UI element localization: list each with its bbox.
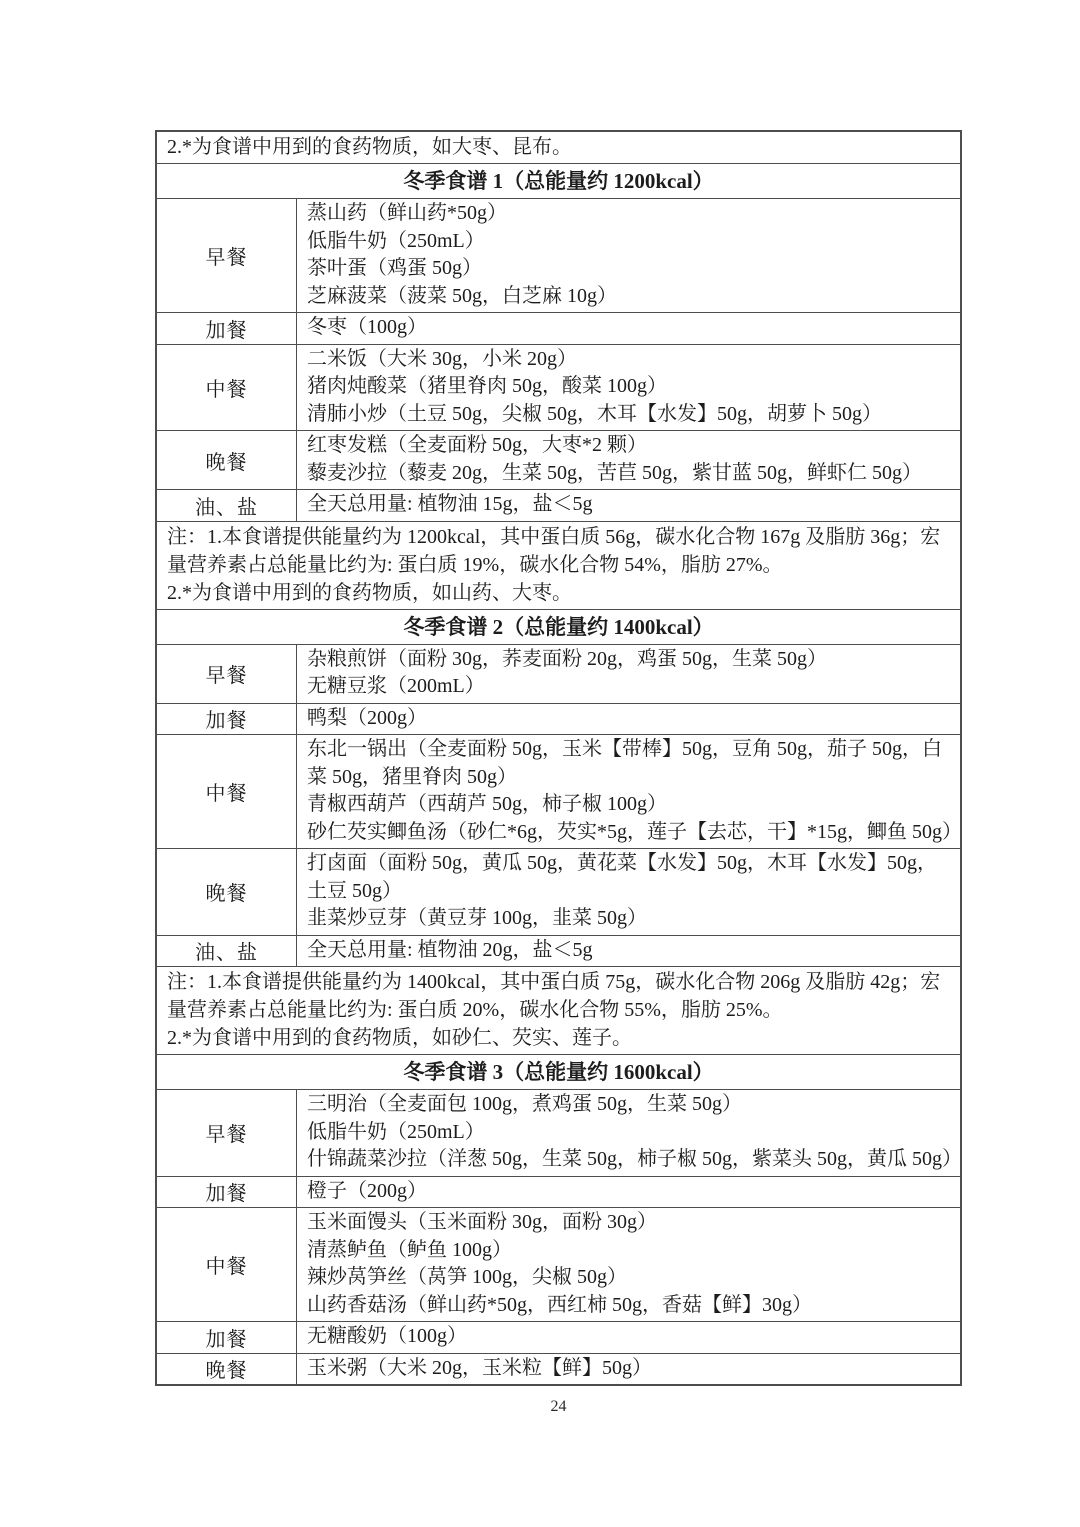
recipe-1-title-row: 冬季食谱 1（总能量约 1200kcal） (157, 163, 960, 198)
recipe-2-dinner-row: 晚餐 打卤面（面粉 50g，黄瓜 50g，黄花菜【水发】50g，木耳【水发】50… (157, 848, 960, 935)
dish-item: 辣炒莴笋丝（莴笋 100g，尖椒 50g） (307, 1264, 952, 1292)
recipe-table: 2.*为食谱中用到的食药物质，如大枣、昆布。 冬季食谱 1（总能量约 1200k… (155, 130, 962, 1386)
dish-item: 蒸山药（鲜山药*50g） (307, 200, 952, 228)
meal-dishes: 无糖酸奶（100g） (297, 1322, 960, 1353)
oil-salt-total: 全天总用量: 植物油 15g，盐＜5g (307, 491, 952, 519)
dish-item: 玉米粥（大米 20g，玉米粒【鲜】50g） (307, 1355, 952, 1383)
recipe-1-dinner-row: 晚餐 红枣发糕（全麦面粉 50g，大枣*2 颗） 藜麦沙拉（藜麦 20g，生菜 … (157, 430, 960, 489)
dish-item: 冬枣（100g） (307, 314, 952, 342)
meal-label-oil-salt: 油、盐 (157, 936, 297, 967)
dish-item: 玉米面馒头（玉米面粉 30g，面粉 30g） (307, 1209, 952, 1237)
dish-item: 鸭梨（200g） (307, 705, 952, 733)
meal-label-oil-salt: 油、盐 (157, 490, 297, 521)
carryover-note-text: 2.*为食谱中用到的食药物质，如大枣、昆布。 (157, 132, 960, 163)
meal-dishes: 橙子（200g） (297, 1177, 960, 1208)
dish-item: 芝麻菠菜（菠菜 50g，白芝麻 10g） (307, 283, 952, 311)
recipe-3-title: 冬季食谱 3（总能量约 1600kcal） (157, 1055, 960, 1089)
meal-dishes: 鸭梨（200g） (297, 704, 960, 735)
meal-label-dinner: 晚餐 (157, 1354, 297, 1385)
note-line: 注：1.本食谱提供能量约为 1400kcal，其中蛋白质 75g，碳水化合物 2… (167, 968, 952, 1024)
recipe-2-snack-row: 加餐 鸭梨（200g） (157, 703, 960, 735)
recipe-2-title: 冬季食谱 2（总能量约 1400kcal） (157, 610, 960, 644)
meal-dishes: 打卤面（面粉 50g，黄瓜 50g，黄花菜【水发】50g，木耳【水发】50g，土… (297, 849, 960, 935)
dish-item: 东北一锅出（全麦面粉 50g，玉米【带棒】50g，豆角 50g，茄子 50g，白… (307, 736, 952, 791)
dish-item: 橙子（200g） (307, 1178, 952, 1206)
meal-label-snack: 加餐 (157, 1322, 297, 1353)
dish-item: 砂仁芡实鲫鱼汤（砂仁*6g，芡实*5g，莲子【去芯，干】*15g，鲫鱼 50g） (307, 819, 952, 847)
meal-label-dinner: 晚餐 (157, 431, 297, 489)
dish-item: 低脂牛奶（250mL） (307, 1119, 952, 1147)
dish-item: 红枣发糕（全麦面粉 50g，大枣*2 颗） (307, 432, 952, 460)
meal-dishes: 杂粮煎饼（面粉 30g，荞麦面粉 20g，鸡蛋 50g，生菜 50g） 无糖豆浆… (297, 645, 960, 703)
dish-item: 清蒸鲈鱼（鲈鱼 100g） (307, 1237, 952, 1265)
meal-label-lunch: 中餐 (157, 345, 297, 431)
page-number: 24 (155, 1398, 962, 1416)
dish-item: 无糖酸奶（100g） (307, 1323, 952, 1351)
meal-dishes: 全天总用量: 植物油 15g，盐＜5g (297, 490, 960, 521)
recipe-2-breakfast-row: 早餐 杂粮煎饼（面粉 30g，荞麦面粉 20g，鸡蛋 50g，生菜 50g） 无… (157, 644, 960, 703)
oil-salt-total: 全天总用量: 植物油 20g，盐＜5g (307, 937, 952, 965)
recipe-2-oil-salt-row: 油、盐 全天总用量: 植物油 20g，盐＜5g (157, 935, 960, 967)
dish-item: 山药香菇汤（鲜山药*50g，西红柿 50g，香菇【鲜】30g） (307, 1292, 952, 1320)
recipe-1-title: 冬季食谱 1（总能量约 1200kcal） (157, 164, 960, 198)
note-line: 注：1.本食谱提供能量约为 1200kcal，其中蛋白质 56g，碳水化合物 1… (167, 523, 952, 579)
recipe-2-notes-row: 注：1.本食谱提供能量约为 1400kcal，其中蛋白质 75g，碳水化合物 2… (157, 966, 960, 1054)
recipe-1-breakfast-row: 早餐 蒸山药（鲜山药*50g） 低脂牛奶（250mL） 茶叶蛋（鸡蛋 50g） … (157, 198, 960, 312)
meal-label-dinner: 晚餐 (157, 849, 297, 935)
recipe-3-dinner-row: 晚餐 玉米粥（大米 20g，玉米粒【鲜】50g） (157, 1353, 960, 1385)
meal-label-breakfast: 早餐 (157, 199, 297, 312)
dish-item: 猪肉炖酸菜（猪里脊肉 50g，酸菜 100g） (307, 373, 952, 401)
recipe-1-notes: 注：1.本食谱提供能量约为 1200kcal，其中蛋白质 56g，碳水化合物 1… (157, 522, 960, 609)
recipe-1-lunch-row: 中餐 二米饭（大米 30g，小米 20g） 猪肉炖酸菜（猪里脊肉 50g，酸菜 … (157, 344, 960, 431)
meal-dishes: 三明治（全麦面包 100g，煮鸡蛋 50g，生菜 50g） 低脂牛奶（250mL… (297, 1090, 960, 1176)
meal-dishes: 红枣发糕（全麦面粉 50g，大枣*2 颗） 藜麦沙拉（藜麦 20g，生菜 50g… (297, 431, 960, 489)
meal-dishes: 东北一锅出（全麦面粉 50g，玉米【带棒】50g，豆角 50g，茄子 50g，白… (297, 735, 960, 848)
carryover-note-row: 2.*为食谱中用到的食药物质，如大枣、昆布。 (157, 132, 960, 163)
recipe-1-snack-row: 加餐 冬枣（100g） (157, 312, 960, 344)
recipe-3-lunch-row: 中餐 玉米面馒头（玉米面粉 30g，面粉 30g） 清蒸鲈鱼（鲈鱼 100g） … (157, 1207, 960, 1321)
dish-item: 低脂牛奶（250mL） (307, 228, 952, 256)
meal-label-breakfast: 早餐 (157, 1090, 297, 1176)
dish-item: 二米饭（大米 30g，小米 20g） (307, 346, 952, 374)
recipe-3-breakfast-row: 早餐 三明治（全麦面包 100g，煮鸡蛋 50g，生菜 50g） 低脂牛奶（25… (157, 1089, 960, 1176)
note-line: 2.*为食谱中用到的食药物质，如山药、大枣。 (167, 579, 952, 607)
dish-item: 无糖豆浆（200mL） (307, 673, 952, 701)
recipe-3-title-row: 冬季食谱 3（总能量约 1600kcal） (157, 1054, 960, 1089)
recipe-2-title-row: 冬季食谱 2（总能量约 1400kcal） (157, 609, 960, 644)
meal-label-snack: 加餐 (157, 1177, 297, 1208)
dish-item: 藜麦沙拉（藜麦 20g，生菜 50g，苦苣 50g，紫甘蓝 50g，鲜虾仁 50… (307, 460, 952, 488)
meal-label-breakfast: 早餐 (157, 645, 297, 703)
recipe-3-snack-row: 加餐 橙子（200g） (157, 1176, 960, 1208)
meal-dishes: 玉米面馒头（玉米面粉 30g，面粉 30g） 清蒸鲈鱼（鲈鱼 100g） 辣炒莴… (297, 1208, 960, 1321)
recipe-2-lunch-row: 中餐 东北一锅出（全麦面粉 50g，玉米【带棒】50g，豆角 50g，茄子 50… (157, 734, 960, 848)
dish-item: 三明治（全麦面包 100g，煮鸡蛋 50g，生菜 50g） (307, 1091, 952, 1119)
meal-dishes: 冬枣（100g） (297, 313, 960, 344)
meal-dishes: 玉米粥（大米 20g，玉米粒【鲜】50g） (297, 1354, 960, 1385)
dish-item: 打卤面（面粉 50g，黄瓜 50g，黄花菜【水发】50g，木耳【水发】50g，土… (307, 850, 952, 905)
recipe-3-snack2-row: 加餐 无糖酸奶（100g） (157, 1321, 960, 1353)
meal-dishes: 二米饭（大米 30g，小米 20g） 猪肉炖酸菜（猪里脊肉 50g，酸菜 100… (297, 345, 960, 431)
document-page: 2.*为食谱中用到的食药物质，如大枣、昆布。 冬季食谱 1（总能量约 1200k… (0, 0, 1080, 1527)
meal-label-lunch: 中餐 (157, 1208, 297, 1321)
note-line: 2.*为食谱中用到的食药物质，如砂仁、芡实、莲子。 (167, 1024, 952, 1052)
recipe-1-oil-salt-row: 油、盐 全天总用量: 植物油 15g，盐＜5g (157, 489, 960, 521)
meal-label-snack: 加餐 (157, 704, 297, 735)
recipe-1-notes-row: 注：1.本食谱提供能量约为 1200kcal，其中蛋白质 56g，碳水化合物 1… (157, 521, 960, 609)
dish-item: 杂粮煎饼（面粉 30g，荞麦面粉 20g，鸡蛋 50g，生菜 50g） (307, 646, 952, 674)
meal-label-lunch: 中餐 (157, 735, 297, 848)
meal-dishes: 全天总用量: 植物油 20g，盐＜5g (297, 936, 960, 967)
dish-item: 韭菜炒豆芽（黄豆芽 100g，韭菜 50g） (307, 905, 952, 933)
recipe-2-notes: 注：1.本食谱提供能量约为 1400kcal，其中蛋白质 75g，碳水化合物 2… (157, 967, 960, 1054)
dish-item: 青椒西葫芦（西葫芦 50g，柿子椒 100g） (307, 791, 952, 819)
meal-label-snack: 加餐 (157, 313, 297, 344)
dish-item: 清肺小炒（土豆 50g，尖椒 50g，木耳【水发】50g，胡萝卜 50g） (307, 401, 952, 429)
dish-item: 什锦蔬菜沙拉（洋葱 50g，生菜 50g，柿子椒 50g，紫菜头 50g，黄瓜 … (307, 1146, 952, 1174)
dish-item: 茶叶蛋（鸡蛋 50g） (307, 255, 952, 283)
meal-dishes: 蒸山药（鲜山药*50g） 低脂牛奶（250mL） 茶叶蛋（鸡蛋 50g） 芝麻菠… (297, 199, 960, 312)
